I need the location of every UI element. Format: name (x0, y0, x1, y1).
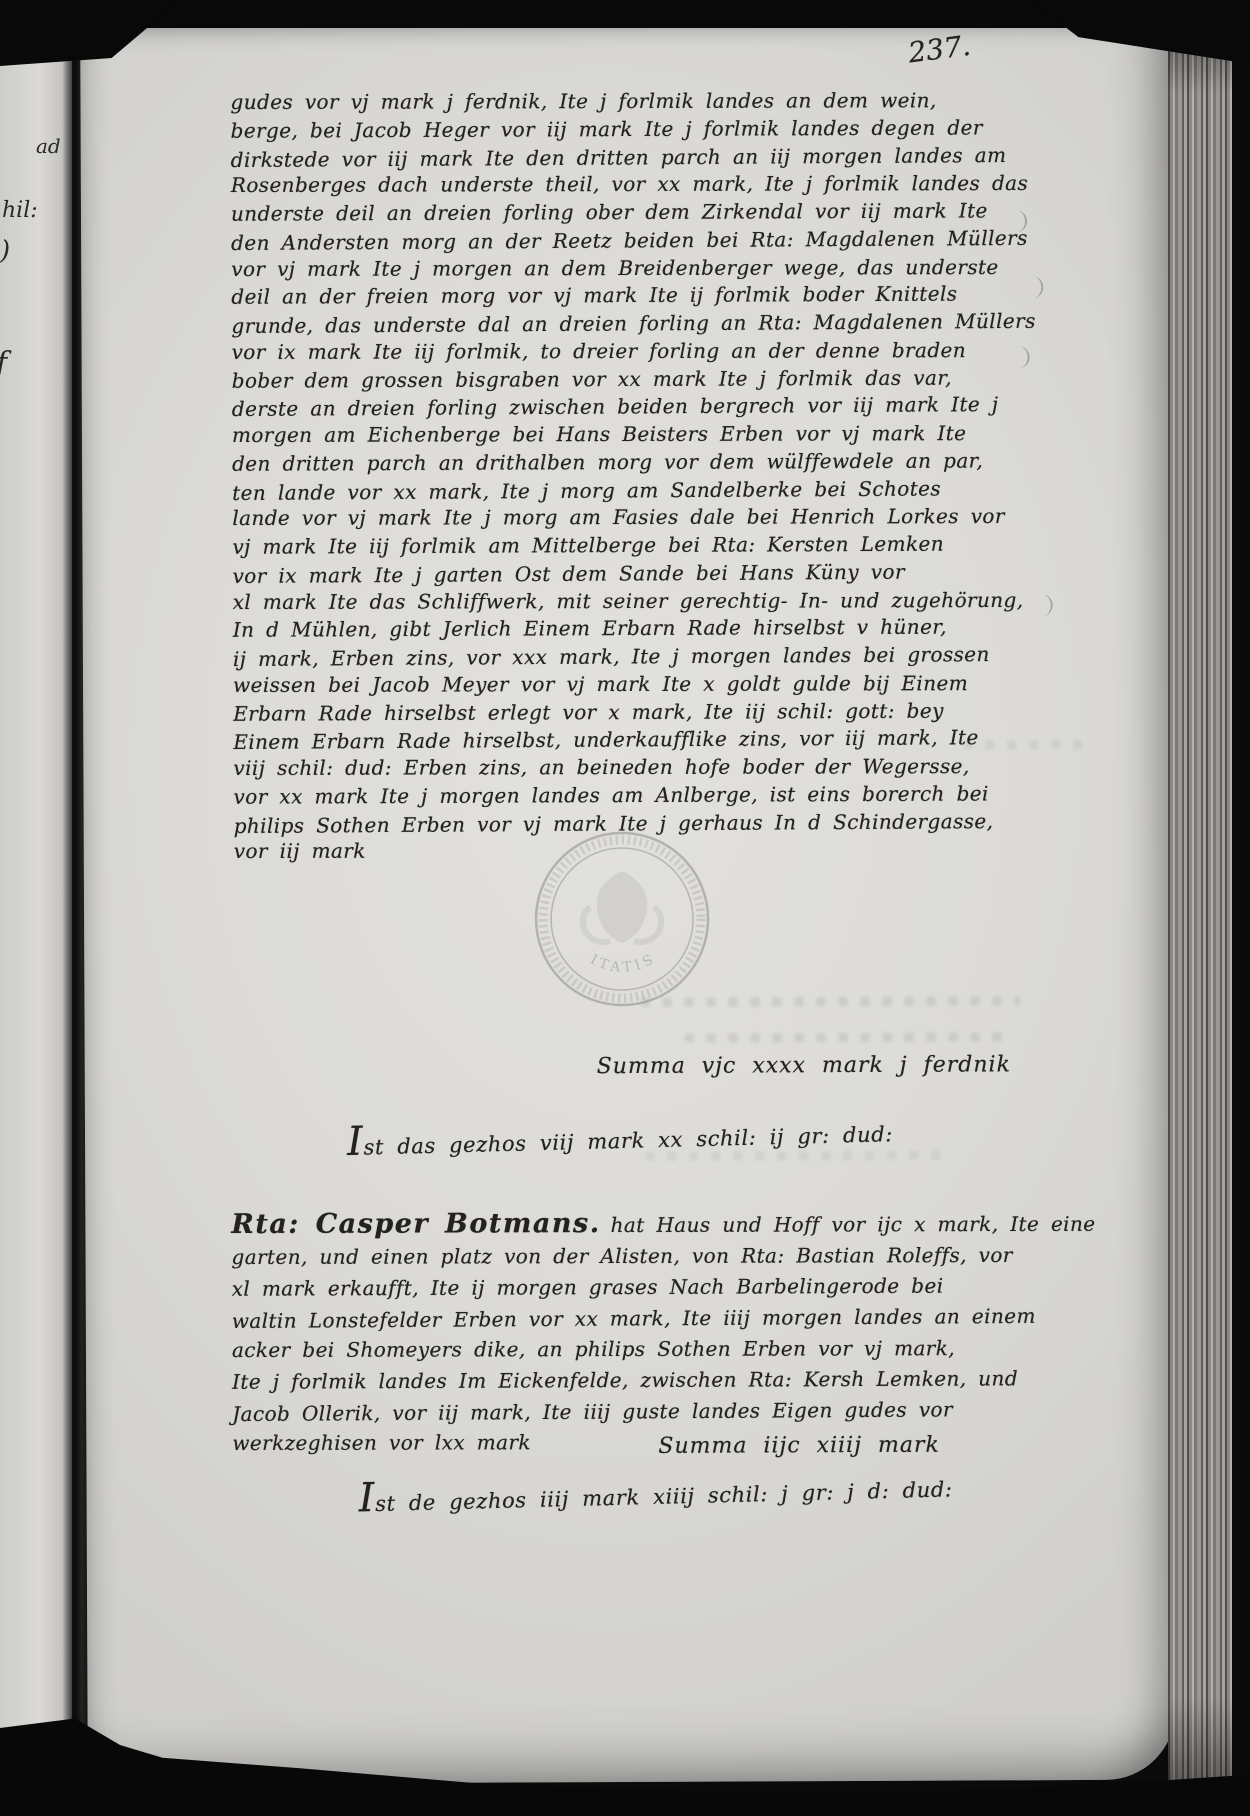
manuscript-line: weissen bei Jacob Meyer vor vj mark Ite … (233, 670, 1053, 700)
manuscript-line: grunde, das underste dal an dreien forli… (231, 308, 1051, 341)
manuscript-page: ITATIS 237. gudes vor vj mark j ferdnik,… (80, 24, 1176, 1785)
manuscript-line: den Andersten morg an der Reetz beiden b… (231, 224, 1051, 257)
manuscript-line: waltin Lonstefelder Erben vor xx mark, I… (232, 1301, 1062, 1337)
facing-page-text-fragment: hil: (2, 198, 38, 223)
manuscript-line: deil an der freien morg vor vj mark Ite … (231, 280, 1051, 311)
manuscript-line: berge, bei Jacob Heger vor iij mark Ite … (231, 114, 1051, 145)
entry2-text-block: Rta: Casper Botmans.hat Haus und Hoff vo… (231, 1206, 1062, 1460)
manuscript-line: xl mark erkaufft, Ite ij morgen grases N… (232, 1270, 1062, 1305)
manuscript-line: vor vj mark Ite j morgen an dem Breidenb… (231, 253, 1051, 283)
manuscript-line: bober dem grossen bisgraben vor xx mark … (232, 364, 1052, 395)
manuscript-line: lande vor vj mark Ite j morg am Fasies d… (232, 503, 1052, 533)
fanned-page-edges (1168, 22, 1232, 1804)
manuscript-line: vor iij mark (234, 836, 1054, 866)
manuscript-scan: ad hil: ) f ITATIS 237. gudes vor vj (0, 0, 1250, 1816)
entry1-text-block: gudes vor vj mark j ferdnik, Ite j forlm… (230, 86, 1053, 867)
manuscript-line: vor xx mark Ite j morgen landes am Anlbe… (233, 780, 1053, 811)
manuscript-line: vor ix mark Ite j garten Ost dem Sande b… (232, 557, 1052, 590)
page-content: 237. gudes vor vj mark j ferdnik, Ite j … (80, 24, 1176, 1785)
manuscript-line: underste deil an dreien forling ober dem… (231, 197, 1051, 228)
manuscript-line: Erbarn Rade hirselbst erlegt vor x mark,… (233, 697, 1053, 728)
manuscript-line: In d Mühlen, gibt Jerlich Einem Erbarn R… (233, 613, 1053, 644)
facing-page-text-fragment: f (0, 346, 7, 381)
facing-page-text-fragment: ) (0, 236, 10, 266)
entry1-paid-line: Ist das gezhos viij mark xx schil: ij gr… (347, 1105, 894, 1165)
manuscript-line: garten, und einen platz von der Alisten,… (231, 1240, 1061, 1273)
facing-page-text-fragment: ad (36, 134, 61, 158)
manuscript-line: Ite j forlmik landes Im Eickenfelde, zwi… (232, 1363, 1062, 1398)
manuscript-line: derste an dreien forling zwischen beiden… (232, 391, 1052, 424)
entry2-heading-rest: hat Haus und Hoff vor ijc x mark, Ite ei… (611, 1212, 1096, 1237)
manuscript-line: Jacob Ollerik, vor iij mark, Ite iiij gu… (232, 1394, 1062, 1430)
manuscript-line: ij mark, Erben zins, vor xxx mark, Ite j… (233, 641, 1053, 674)
entry2-summa-line: Summa iijc xiiij mark (658, 1433, 940, 1459)
entry2-heading-line: Rta: Casper Botmans.hat Haus und Hoff vo… (231, 1207, 1061, 1242)
folio-number: 237. (906, 29, 972, 70)
entry2-owner-name: Rta: Casper Botmans. (231, 1208, 600, 1240)
entry2-lines: garten, und einen platz von der Alisten,… (231, 1239, 1062, 1460)
manuscript-line: gudes vor vj mark j ferdnik, Ite j forlm… (230, 87, 1050, 117)
manuscript-line: vor ix mark Ite iij forlmik, to dreier f… (232, 337, 1052, 367)
manuscript-line: acker bei Shomeyers dike, an philips Sot… (232, 1333, 1062, 1366)
manuscript-line: xl mark Ite das Schliffwerk, mit seiner … (233, 586, 1053, 616)
manuscript-line: vj mark Ite iij forlmik am Mittelberge b… (232, 530, 1052, 561)
entry1-summa-line: Summa vjc xxxx mark j ferdnik (597, 1052, 1011, 1079)
manuscript-line: den dritten parch an drithalben morg vor… (232, 447, 1052, 478)
manuscript-line: morgen am Eichenberge bei Hans Beisters … (232, 420, 1052, 450)
entry2-paid-line: Ist de gezhos iiij mark xiiij schil: j g… (358, 1460, 953, 1521)
manuscript-line: viij schil: dud: Erben zins, an beineden… (233, 753, 1053, 783)
manuscript-line: Einem Erbarn Rade hirselbst, underkauffl… (233, 724, 1053, 757)
manuscript-line: Rosenberges dach underste theil, vor xx … (231, 170, 1051, 200)
